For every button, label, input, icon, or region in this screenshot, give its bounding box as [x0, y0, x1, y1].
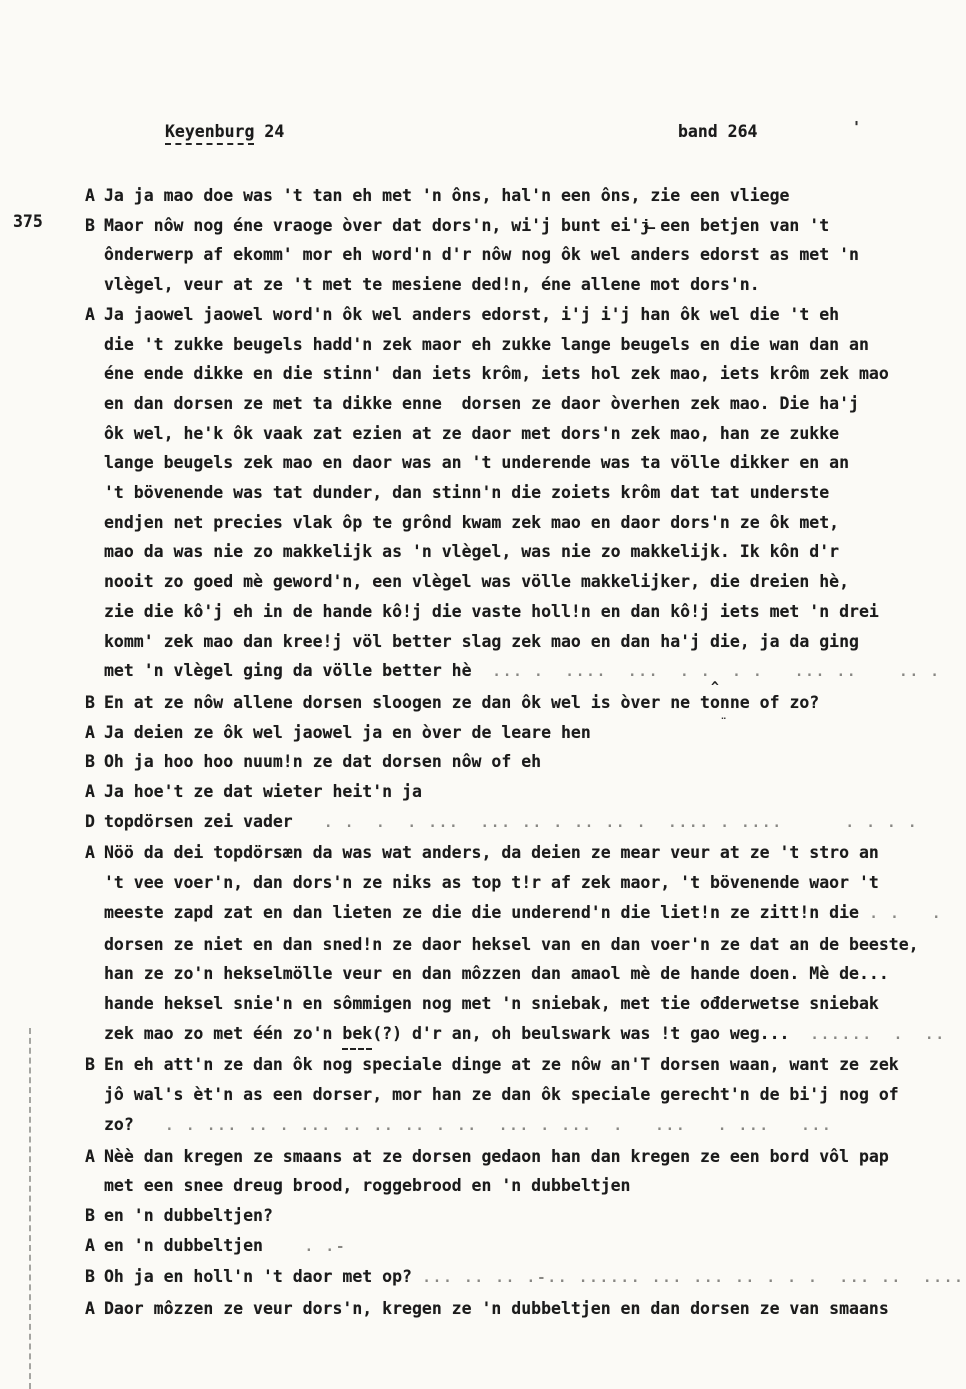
speaker-label [85, 537, 104, 567]
dot-leader: . . . . ... ... .. . .. .. . .... . ....… [293, 815, 919, 831]
line-text: lange beugels zek mao en daor was an 't … [104, 448, 849, 478]
line-text: Daor môzzen ze veur dors'n, kregen ze 'n… [104, 1294, 889, 1324]
text-segment: Ja jaowel jaowel word'n ôk wel anders ed… [104, 300, 839, 330]
line-text: zie die kô'j eh in de hande kô!j die vas… [104, 597, 879, 627]
transcript-line: Ben 'n dubbeltjen? [85, 1201, 960, 1231]
speaker-label [85, 627, 104, 657]
text-segment: 't vee voer'n, dan dors'n ze niks as top… [104, 868, 879, 898]
transcript-line: AJa jaowel jaowel word'n ôk wel anders e… [85, 300, 960, 330]
transcript-line: endjen net precies vlak ôp te grônd kwam… [85, 508, 960, 538]
text-segment: ôk wel, he'k ôk vaak zat ezien at ze dao… [104, 419, 839, 449]
transcript-line: AJa hoe't ze dat wieter heit'n ja [85, 777, 960, 807]
text-segment: en dan dorsen ze met ta dikke enne dorse… [104, 389, 859, 419]
text-segment: zie die kô'j eh in de hande kô!j die vas… [104, 597, 879, 627]
speaker-label [85, 330, 104, 360]
text-segment: die 't zukke beugels hadd'n zek maor eh … [104, 330, 869, 360]
line-text: Nöö da dei topdörsæn da was wat anders, … [104, 838, 879, 868]
transcript-line: zo? . . ... .. . ... .. .. .. . .. ... .… [85, 1110, 960, 1142]
speaker-label [85, 359, 104, 389]
text-segment: Nèè dan kregen ze smaans at ze dorsen ge… [104, 1142, 889, 1172]
dot-leader: ... . .... ... . . . . ... .. .. . [472, 664, 941, 680]
speaker-label [85, 930, 104, 960]
transcript-line: ANèè dan kregen ze smaans at ze dorsen g… [85, 1142, 960, 1172]
transcript-line: BEn eh att'n ze dan ôk nog speciale ding… [85, 1050, 960, 1080]
underlined-word: bek [342, 1019, 372, 1051]
transcript-line: en dan dorsen ze met ta dikke enne dorse… [85, 389, 960, 419]
line-text: met 'n vlègel ging da völle better hè ..… [104, 656, 941, 688]
speaker-label [85, 868, 104, 898]
transcript-line: zek mao zo met één zo'n bek(?) d'r an, o… [85, 1019, 960, 1051]
text-segment: en 'n dubbeltjen [104, 1231, 263, 1261]
text-segment: Ja ja mao doe was 't tan eh met 'n ôns, … [104, 181, 789, 211]
page-title: Keyenburg24 [165, 122, 284, 145]
text-segment: Ja deien ze ôk wel jaowel ja en òver de … [104, 718, 591, 748]
text-segment: han ze zo'n hekselmölle veur en dan môzz… [104, 959, 889, 989]
transcript-line: meeste zapd zat en dan lieten ze die die… [85, 898, 960, 930]
transcript-line: Dtopdörsen zei vader . . . . ... ... .. … [85, 807, 960, 839]
line-text: mao da was nie zo makkelijk as 'n vlègel… [104, 537, 839, 567]
line-text: en dan dorsen ze met ta dikke enne dorse… [104, 389, 859, 419]
transcript-line: BMaor nôw nog éne vraoge òver dat dors'n… [85, 211, 960, 241]
line-text: en 'n dubbeltjen? [104, 1201, 273, 1231]
transcript-line: AJa deien ze ôk wel jaowel ja en òver de… [85, 718, 960, 748]
left-margin-dashed-line [29, 1028, 31, 1389]
line-text: Maor nôw nog éne vraoge òver dat dors'n,… [104, 211, 829, 241]
line-text: Ja deien ze ôk wel jaowel ja en òver de … [104, 718, 591, 748]
line-text: Ja ja mao doe was 't tan eh met 'n ôns, … [104, 181, 789, 211]
title-location: Keyenburg [165, 122, 254, 145]
text-segment: met 'n vlègel ging da völle better hè [104, 656, 472, 686]
line-text: Ja jaowel jaowel word'n ôk wel anders ed… [104, 300, 839, 330]
transcript-line: BOh ja hoo hoo nuum!n ze dat dorsen nôw … [85, 747, 960, 777]
line-text: jô wal's èt'n as een dorser, mor han ze … [104, 1080, 899, 1110]
speaker-label: A [85, 1231, 104, 1263]
line-text: met een snee dreug brood, roggebrood en … [104, 1171, 631, 1201]
transcript-line: BOh ja en holl'n 't daor met op? ... .. … [85, 1262, 960, 1294]
transcript-line: ANöö da dei topdörsæn da was wat anders,… [85, 838, 960, 868]
speaker-label: A [85, 181, 104, 211]
speaker-label [85, 989, 104, 1019]
dot-leader: . . . [859, 906, 942, 922]
transcript-line: nooit zo goed mè geword'n, een vlègel wa… [85, 567, 960, 597]
line-text: en 'n dubbeltjen . .- [104, 1231, 346, 1263]
transcript-line: ADaor môzzen ze veur dors'n, kregen ze '… [85, 1294, 960, 1324]
text-segment: zek mao zo met één zo'n [104, 1019, 342, 1049]
transcript-line: 't vee voer'n, dan dors'n ze niks as top… [85, 868, 960, 898]
line-text: vlègel, veur at ze 't met te mesiene ded… [104, 270, 760, 300]
dot-leader: . . ... .. . ... .. .. .. . .. ... . ...… [134, 1118, 833, 1134]
line-text: ôk wel, he'k ôk vaak zat ezien at ze dao… [104, 419, 839, 449]
text-segment: lange beugels zek mao en daor was an 't … [104, 448, 849, 478]
line-text: zek mao zo met één zo'n bek(?) d'r an, o… [104, 1019, 946, 1051]
speaker-label [85, 389, 104, 419]
title-number: 24 [264, 122, 284, 141]
transcript-line: han ze zo'n hekselmölle veur en dan môzz… [85, 959, 960, 989]
speaker-label: A [85, 1142, 104, 1172]
transcript-line: AJa ja mao doe was 't tan eh met 'n ôns,… [85, 181, 960, 211]
text-segment: topdörsen zei vader [104, 807, 293, 837]
text-segment: Nöö da dei topdörsæn da was wat anders, … [104, 838, 879, 868]
speaker-label: B [85, 747, 104, 777]
line-text: meeste zapd zat en dan lieten ze die die… [104, 898, 942, 930]
speaker-label: B [85, 211, 104, 241]
transcript-line: dorsen ze niet en dan sned!n ze daor hek… [85, 930, 960, 960]
line-text: komm' zek mao dan kree!j völ better slag… [104, 627, 859, 657]
text-segment: en 'n dubbeltjen? [104, 1201, 273, 1231]
speaker-label [85, 1080, 104, 1110]
line-text: En eh att'n ze dan ôk nog speciale dinge… [104, 1050, 899, 1080]
transcript-line: met 'n vlègel ging da völle better hè ..… [85, 656, 960, 688]
inserted-caret-mark: ^ [711, 673, 719, 703]
line-text: zo? . . ... .. . ... .. .. .. . .. ... .… [104, 1110, 833, 1142]
text-segment: o^¨ [710, 688, 720, 718]
transcript-line: ôk wel, he'k ôk vaak zat ezien at ze dao… [85, 419, 960, 449]
transcript-line: vlègel, veur at ze 't met te mesiene ded… [85, 270, 960, 300]
margin-line-number: 375 [13, 212, 43, 231]
line-text: han ze zo'n hekselmölle veur en dan môzz… [104, 959, 889, 989]
speaker-label [85, 448, 104, 478]
line-text: dorsen ze niet en dan sned!n ze daor hek… [104, 930, 919, 960]
line-text: Ja hoe't ze dat wieter heit'n ja [104, 777, 422, 807]
text-segment: éne ende dikke en die stinn' dan iets kr… [104, 359, 889, 389]
text-segment: endjen net precies vlak ôp te grônd kwam… [104, 508, 839, 538]
speaker-label [85, 1019, 104, 1051]
speaker-label [85, 1110, 104, 1142]
text-segment: ônderwerp af ekomm' mor eh word'n d'r nô… [104, 240, 859, 270]
speaker-label [85, 567, 104, 597]
text-segment: nne of zo? [720, 688, 819, 718]
speaker-label [85, 1171, 104, 1201]
speaker-label: D [85, 807, 104, 839]
text-segment: nooit zo goed mè geword'n, een vlègel wa… [104, 567, 849, 597]
speaker-label [85, 656, 104, 688]
speaker-label: B [85, 1050, 104, 1080]
dot-leader: . .- [263, 1239, 346, 1255]
transcript-line: ônderwerp af ekomm' mor eh word'n d'r nô… [85, 240, 960, 270]
transcript-line: zie die kô'j eh in de hande kô!j die vas… [85, 597, 960, 627]
speaker-label: A [85, 300, 104, 330]
stray-mark: ' [852, 118, 861, 136]
text-segment: komm' zek mao dan kree!j völ better slag… [104, 627, 859, 657]
dot-leader: ... .. .. .-.. ...... ... ... .. . . . .… [412, 1270, 966, 1286]
line-text: endjen net precies vlak ôp te grônd kwam… [104, 508, 839, 538]
line-text: Oh ja hoo hoo nuum!n ze dat dorsen nôw o… [104, 747, 541, 777]
transcript: AJa ja mao doe was 't tan eh met 'n ôns,… [85, 181, 960, 1324]
text-segment: Maor nôw nog éne vraoge òver dat dors'n,… [104, 211, 829, 241]
speaker-label [85, 419, 104, 449]
text-segment: met een snee dreug brood, roggebrood en … [104, 1171, 631, 1201]
line-text: hande heksel snie'n en sômmigen nog met … [104, 989, 879, 1019]
text-segment: Ja hoe't ze dat wieter heit'n ja [104, 777, 422, 807]
transcript-line: met een snee dreug brood, roggebrood en … [85, 1171, 960, 1201]
line-text: 't bövenende was tat dunder, dan stinn'n… [104, 478, 829, 508]
transcript-line: Aen 'n dubbeltjen . .- [85, 1231, 960, 1263]
line-text: nooit zo goed mè geword'n, een vlègel wa… [104, 567, 849, 597]
transcript-line: éne ende dikke en die stinn' dan iets kr… [85, 359, 960, 389]
text-segment: jô wal's èt'n as een dorser, mor han ze … [104, 1080, 899, 1110]
text-segment: En at ze nôw allene dorsen sloogen ze da… [104, 688, 710, 718]
text-segment: dorsen ze niet en dan sned!n ze daor hek… [104, 930, 919, 960]
line-text: éne ende dikke en die stinn' dan iets kr… [104, 359, 889, 389]
text-segment: (?) d'r an, oh beulswark was !t gao weg.… [372, 1019, 789, 1049]
line-text: topdörsen zei vader . . . . ... ... .. .… [104, 807, 918, 839]
text-segment: 't bövenende was tat dunder, dan stinn'n… [104, 478, 829, 508]
speaker-label: A [85, 718, 104, 748]
line-text: Oh ja en holl'n 't daor met op? ... .. .… [104, 1262, 966, 1294]
line-text: En at ze nôw allene dorsen sloogen ze da… [104, 688, 819, 718]
speaker-label [85, 597, 104, 627]
speaker-label: B [85, 688, 104, 718]
document-page: Keyenburg24 band 264 ' 375 AJa ja mao do… [0, 0, 966, 1389]
dot-leader: ...... . .. [789, 1027, 945, 1043]
speaker-label [85, 478, 104, 508]
text-segment: vlègel, veur at ze 't met te mesiene ded… [104, 270, 760, 300]
text-segment: zo? [104, 1110, 134, 1140]
transcript-line: mao da was nie zo makkelijk as 'n vlègel… [85, 537, 960, 567]
transcript-line: jô wal's èt'n as een dorser, mor han ze … [85, 1080, 960, 1110]
text-segment: mao da was nie zo makkelijk as 'n vlègel… [104, 537, 839, 567]
text-segment: meeste zapd zat en dan lieten ze die die… [104, 898, 859, 928]
speaker-label [85, 508, 104, 538]
text-segment: hande heksel snie'n en sômmigen nog met … [104, 989, 879, 1019]
speaker-label [85, 959, 104, 989]
text-segment: Oh ja hoo hoo nuum!n ze dat dorsen nôw o… [104, 747, 541, 777]
speaker-label [85, 270, 104, 300]
speaker-label [85, 898, 104, 930]
text-segment: Oh ja en holl'n 't daor met op? [104, 1262, 412, 1292]
band-number: band 264 [678, 122, 757, 141]
transcript-line: komm' zek mao dan kree!j völ better slag… [85, 627, 960, 657]
speaker-label: A [85, 838, 104, 868]
text-segment: En eh att'n ze dan ôk nog speciale dinge… [104, 1050, 899, 1080]
speaker-label: B [85, 1201, 104, 1231]
line-text: die 't zukke beugels hadd'n zek maor eh … [104, 330, 869, 360]
transcript-line: BEn at ze nôw allene dorsen sloogen ze d… [85, 688, 960, 718]
line-text: ônderwerp af ekomm' mor eh word'n d'r nô… [104, 240, 859, 270]
transcript-line: hande heksel snie'n en sômmigen nog met … [85, 989, 960, 1019]
line-text: 't vee voer'n, dan dors'n ze niks as top… [104, 868, 879, 898]
transcript-line: lange beugels zek mao en daor was an 't … [85, 448, 960, 478]
transcript-line: die 't zukke beugels hadd'n zek maor eh … [85, 330, 960, 360]
speaker-label [85, 240, 104, 270]
speaker-label: A [85, 777, 104, 807]
transcript-line: 't bövenende was tat dunder, dan stinn'n… [85, 478, 960, 508]
line-text: Nèè dan kregen ze smaans at ze dorsen ge… [104, 1142, 889, 1172]
text-segment: Daor môzzen ze veur dors'n, kregen ze 'n… [104, 1294, 889, 1324]
speaker-label: A [85, 1294, 104, 1324]
speaker-label: B [85, 1262, 104, 1294]
